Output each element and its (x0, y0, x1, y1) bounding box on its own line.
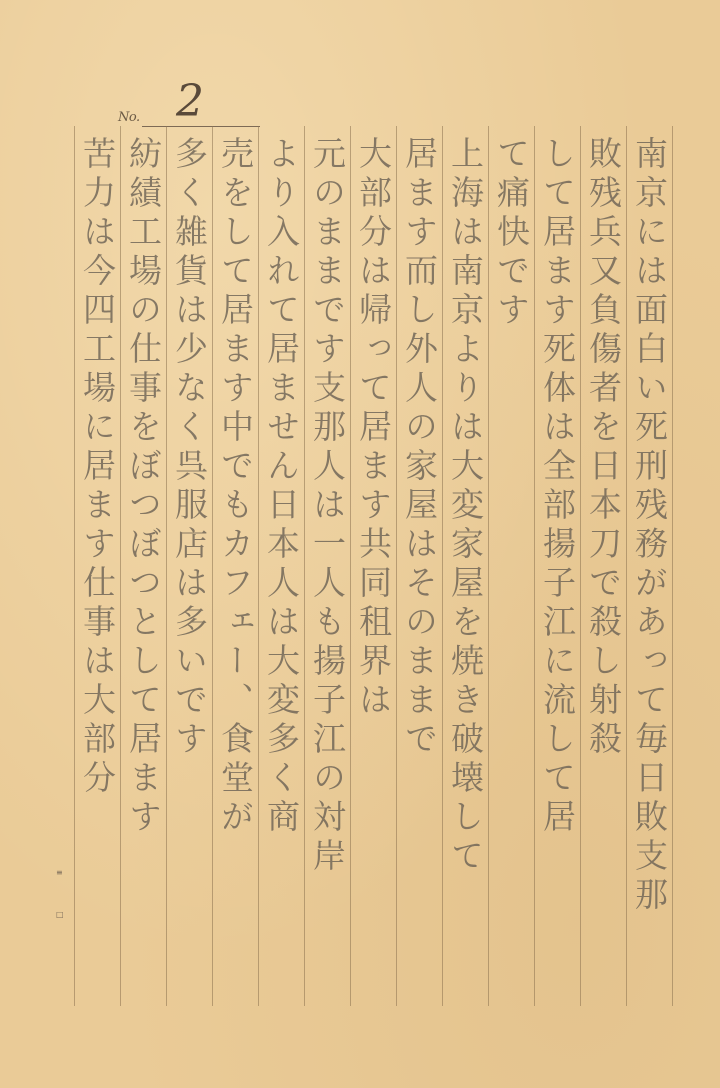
column-text: 上海は南京よりは大変家屋を焼き破壊して (443, 126, 487, 1006)
rule-line (672, 126, 673, 1006)
text-column-7: 大部分は帰って居ます共同租界は (351, 126, 395, 1006)
text-column-4: て痛快です (489, 126, 533, 1006)
text-column-5: 上海は南京よりは大変家屋を焼き破壊して (443, 126, 487, 1006)
page-number-label: No. (118, 110, 140, 125)
column-text: 居ます而し外人の家屋はそのままで (397, 126, 441, 1006)
column-text: 売をして居ます中でもカフェー、食堂が (213, 126, 257, 1006)
column-text: 紡績工場の仕事をぼつぼつとして居ます (121, 126, 165, 1006)
text-column-3: して居ます死体は全部揚子江に流して居 (535, 126, 579, 1006)
column-text: より入れて居ません日本人は大変多く商 (259, 126, 303, 1006)
column-text: 大部分は帰って居ます共同租界は (351, 126, 395, 1006)
column-text: 南京には面白い死刑残務があって毎日敗支那 (627, 126, 671, 1006)
column-text: して居ます死体は全部揚子江に流して居 (535, 126, 579, 1006)
text-column-11: 多く雑貨は少なく呉服店は多いです (167, 126, 211, 1006)
text-column-8: 元のままです支那人は一人も揚子江の対岸 (305, 126, 349, 1006)
column-text: て痛快です (489, 126, 533, 1006)
letter-page: No. 2 南京には面白い死刑残務があって毎日敗支那 敗残兵又負傷者を日本刀で殺… (0, 0, 720, 1088)
text-column-10: 売をして居ます中でもカフェー、食堂が (213, 126, 257, 1006)
margin-mark: ≡ (56, 868, 63, 877)
column-text: 敗残兵又負傷者を日本刀で殺し射殺 (581, 126, 625, 1006)
column-text: 苦力は今四工場に居ます仕事は大部分 (75, 126, 119, 1006)
page-number: 2 (176, 80, 204, 124)
text-column-2: 敗残兵又負傷者を日本刀で殺し射殺 (581, 126, 625, 1006)
margin-mark: □ (56, 910, 64, 919)
text-column-13: 苦力は今四工場に居ます仕事は大部分 (75, 126, 119, 1006)
column-text: 多く雑貨は少なく呉服店は多いです (167, 126, 211, 1006)
text-column-9: より入れて居ません日本人は大変多く商 (259, 126, 303, 1006)
text-column-1: 南京には面白い死刑残務があって毎日敗支那 (627, 126, 671, 1006)
text-column-6: 居ます而し外人の家屋はそのままで (397, 126, 441, 1006)
column-text: 元のままです支那人は一人も揚子江の対岸 (305, 126, 349, 1006)
ruled-writing-area: 南京には面白い死刑残務があって毎日敗支那 敗残兵又負傷者を日本刀で殺し射殺 して… (74, 126, 672, 1006)
text-column-12: 紡績工場の仕事をぼつぼつとして居ます (121, 126, 165, 1006)
